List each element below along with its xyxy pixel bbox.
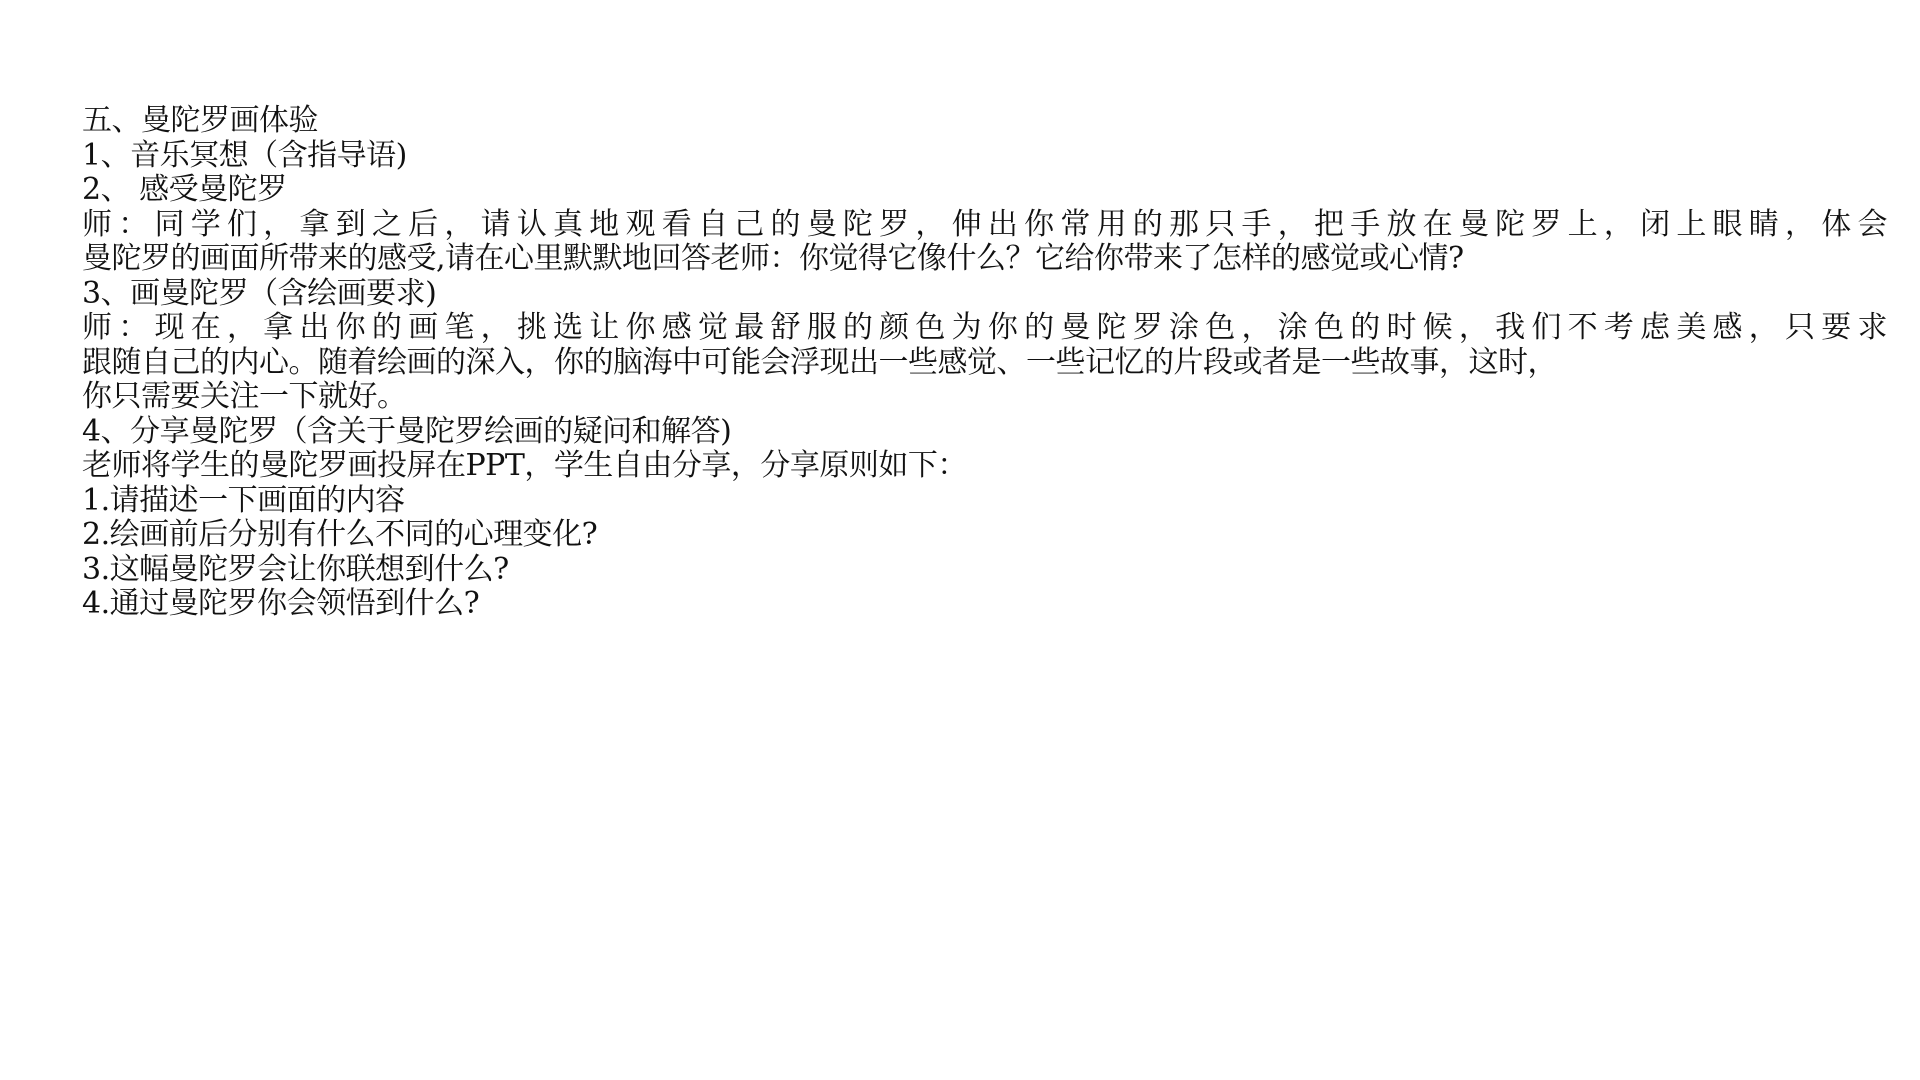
item-3-paragraph-line-1: 师：现在，拿出你的画笔，挑选让你感觉最舒服的颜色为你的曼陀罗涂色，涂色的时候，我… [82,311,1887,346]
item-2-paragraph-line-2: 曼陀罗的画面所带来的感受,请在心里默默地回答老师：你觉得它像什么？它给你带来了怎… [82,242,1902,277]
item-4-paragraph-line-1: 老师将学生的曼陀罗画投屏在PPT，学生自由分享，分享原则如下： [82,449,1902,484]
sharing-principle-3: 3.这幅曼陀罗会让你联想到什么? [82,553,1902,588]
section-title: 五、曼陀罗画体验 [82,104,1902,139]
document-page: 五、曼陀罗画体验 1、音乐冥想（含指导语) 2、 感受曼陀罗 师：同学们，拿到之… [82,104,1902,622]
item-1-heading: 1、音乐冥想（含指导语) [82,139,1902,174]
sharing-principle-4: 4.通过曼陀罗你会领悟到什么? [82,587,1902,622]
item-3-paragraph-line-2: 跟随自己的内心。随着绘画的深入，你的脑海中可能会浮现出一些感觉、一些记忆的片段或… [82,346,1902,381]
item-3-paragraph-line-3: 你只需要关注一下就好。 [82,380,1902,415]
item-3-heading: 3、画曼陀罗（含绘画要求) [82,277,1902,312]
sharing-principle-1: 1.请描述一下画面的内容 [82,484,1902,519]
item-2-paragraph-line-1: 师：同学们，拿到之后，请认真地观看自己的曼陀罗，伸出你常用的那只手，把手放在曼陀… [82,208,1887,243]
sharing-principle-2: 2.绘画前后分别有什么不同的心理变化? [82,518,1902,553]
item-2-heading: 2、 感受曼陀罗 [82,173,1902,208]
item-4-heading: 4、分享曼陀罗（含关于曼陀罗绘画的疑问和解答) [82,415,1902,450]
